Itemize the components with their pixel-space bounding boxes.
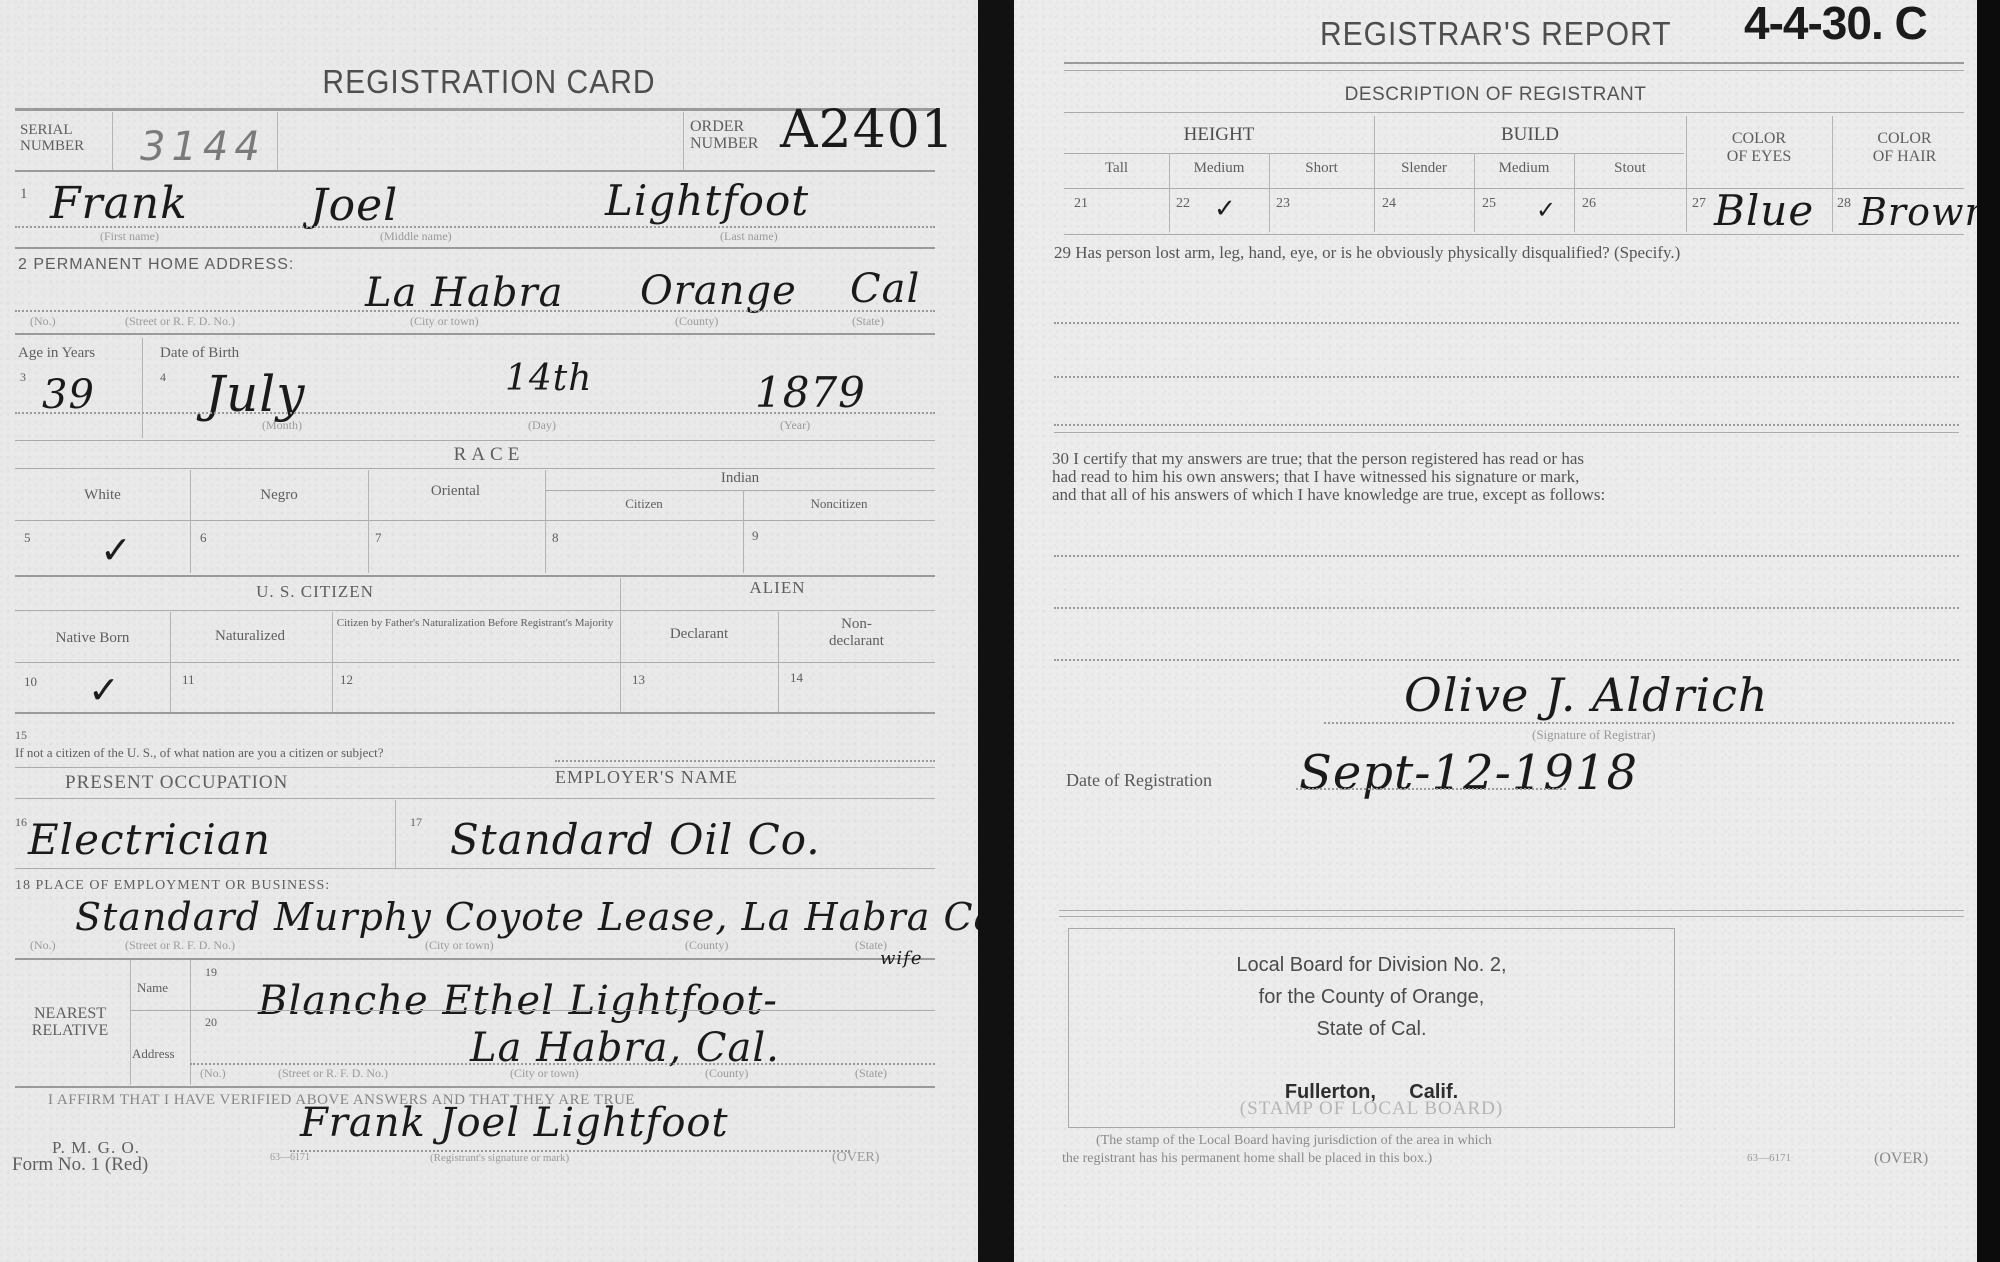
- first-name-value: Frank: [50, 178, 188, 229]
- serial-label-line-2: NUMBER: [20, 138, 84, 154]
- divider: [15, 798, 935, 799]
- item-number-4: 4: [160, 370, 166, 385]
- right-print-code: 63—6171: [1747, 1152, 1791, 1164]
- divider: [15, 1086, 935, 1088]
- relative-relation-value: wife: [880, 948, 922, 969]
- order-number-value: A2401: [780, 100, 955, 160]
- stamp-note-line-2: the registrant has his permanent home sh…: [1062, 1151, 1432, 1167]
- build-heading: BUILD: [1374, 124, 1686, 146]
- registrar-signature-label: (Signature of Registrar): [1532, 727, 1655, 743]
- divider: [170, 612, 171, 712]
- relative-address-label: Address: [132, 1046, 175, 1062]
- citizen-col-native-born: Native Born: [15, 630, 170, 647]
- date-of-registration-label: Date of Registration: [1066, 770, 1212, 791]
- item-number-16: 16: [15, 815, 27, 830]
- item-number-28: 28: [1837, 196, 1851, 212]
- item-number-1: 1: [20, 186, 28, 203]
- height-col-short: Short: [1269, 160, 1374, 177]
- relative-county-label: (County): [705, 1066, 748, 1081]
- place-of-employment-label: 18 PLACE OF EMPLOYMENT OR BUSINESS:: [15, 878, 330, 894]
- item-number-10: 10: [24, 674, 37, 690]
- item-number-5: 5: [24, 530, 31, 546]
- registrars-report-card: REGISTRAR'S REPORT 4-4-30. C DESCRIPTION…: [1014, 0, 1977, 1262]
- stamp-line-1: Local Board for Division No. 2,: [1069, 954, 1674, 977]
- divider: [190, 1063, 935, 1065]
- divider: [545, 470, 546, 573]
- divider: [620, 578, 621, 712]
- item-number-11: 11: [182, 672, 195, 688]
- divider: [112, 112, 113, 170]
- divider: [142, 338, 143, 438]
- divider: [332, 612, 333, 712]
- divider: [1054, 432, 1959, 433]
- divider: [15, 868, 935, 869]
- divider: [1064, 234, 1964, 235]
- divider: [15, 662, 935, 663]
- citizen-col-naturalized: Naturalized: [170, 628, 330, 645]
- middle-name-value: Joel: [310, 180, 398, 231]
- signature-line: [1324, 722, 1954, 724]
- answer-line: [1054, 376, 1959, 378]
- eyes-label-line-1: COLOR: [1686, 130, 1832, 148]
- item-number-17: 17: [410, 815, 422, 830]
- stamp-line-2: for the County of Orange,: [1069, 986, 1674, 1009]
- divider: [15, 440, 935, 441]
- q30-line-2: had read to him his own answers; that I …: [1052, 468, 1605, 486]
- alien-heading: ALIEN: [620, 578, 935, 598]
- divider: [290, 1150, 850, 1152]
- height-col-tall: Tall: [1064, 160, 1169, 177]
- alien-col-non-declarant: Non-declarant: [778, 616, 935, 650]
- employment-city-label: (City or town): [425, 938, 494, 953]
- divider: [1474, 153, 1475, 232]
- stamp-box-label: (STAMP OF LOCAL BOARD): [1069, 1098, 1674, 1120]
- nearest-relative-label: NEAREST RELATIVE: [15, 1005, 125, 1039]
- item-number-21: 21: [1074, 196, 1088, 212]
- stamp-note-line-1: (The stamp of the Local Board having jur…: [1096, 1133, 1492, 1149]
- dob-year-value: 1879: [755, 368, 866, 417]
- answer-line: [1054, 659, 1959, 661]
- employer-value: Standard Oil Co.: [450, 815, 821, 864]
- build-medium-checkmark: ✓: [1536, 196, 1556, 224]
- item-number-13: 13: [632, 672, 645, 688]
- home-state-value: Cal: [850, 266, 920, 312]
- order-label-line-2: NUMBER: [690, 135, 758, 152]
- address-state-label: (State): [852, 314, 884, 329]
- divider: [15, 468, 935, 469]
- eyes-label-line-2: OF EYES: [1686, 148, 1832, 166]
- race-col-white: White: [15, 487, 190, 504]
- right-over-label: (OVER): [1874, 1150, 1928, 1168]
- item-number-7: 7: [375, 530, 382, 546]
- divider: [1269, 153, 1270, 232]
- race-white-checkmark: ✓: [100, 528, 132, 572]
- last-name-value: Lightfoot: [605, 176, 809, 225]
- description-heading: DESCRIPTION OF REGISTRANT: [1014, 84, 1977, 106]
- eye-color-value: Blue: [1714, 186, 1814, 235]
- serial-label-line-1: SERIAL: [20, 122, 84, 138]
- occupation-value: Electrician: [28, 815, 271, 864]
- divider: [683, 112, 684, 170]
- divider: [743, 490, 744, 573]
- nearest-relative-label-line-1: NEAREST: [15, 1005, 125, 1022]
- divider: [1064, 70, 1964, 71]
- date-of-registration-value: Sept-12-1918: [1299, 745, 1638, 801]
- employment-street-label: (Street or R. F. D. No.): [125, 938, 235, 953]
- registration-card: REGISTRATION CARD SERIAL NUMBER 3144 ORD…: [0, 0, 978, 1262]
- divider: [130, 1010, 935, 1011]
- divider: [15, 767, 935, 768]
- address-street-label: (Street or R. F. D. No.): [125, 314, 235, 329]
- dob-year-label: (Year): [780, 418, 810, 433]
- item-number-15: 15: [15, 728, 27, 743]
- address-city-label: (City or town): [410, 314, 479, 329]
- item-number-25: 25: [1482, 196, 1496, 212]
- us-citizen-heading: U. S. CITIZEN: [15, 582, 615, 602]
- hair-label-line-1: COLOR: [1832, 130, 1977, 148]
- place-of-employment-value: Standard Murphy Coyote Lease, La Habra C…: [75, 895, 978, 939]
- item-number-26: 26: [1582, 196, 1596, 212]
- report-title: REGISTRAR'S REPORT: [1320, 16, 1672, 53]
- q29-text: 29 Has person lost arm, leg, hand, eye, …: [1054, 244, 1974, 262]
- address-county-label: (County): [675, 314, 718, 329]
- q15-text: If not a citizen of the U. S., of what n…: [15, 745, 384, 761]
- serial-number-value: 3144: [140, 124, 266, 170]
- divider: [15, 610, 935, 611]
- q30-line-1: 30 I certify that my answers are true; t…: [1052, 450, 1605, 468]
- native-born-checkmark: ✓: [88, 668, 120, 712]
- middle-name-label: (Middle name): [380, 229, 452, 244]
- divider: [130, 960, 131, 1085]
- divider: [1059, 916, 1964, 917]
- race-col-indian-noncitizen: Noncitizen: [743, 496, 935, 512]
- item-number-12: 12: [340, 672, 353, 688]
- registrant-signature: Frank Joel Lightfoot: [300, 1100, 729, 1146]
- item-number-3: 3: [20, 370, 26, 385]
- q30-text: 30 I certify that my answers are true; t…: [1052, 450, 1605, 504]
- item-number-27: 27: [1692, 196, 1706, 212]
- divider: [368, 470, 369, 573]
- over-label: (OVER): [832, 1150, 879, 1166]
- relative-street-label: (Street or R. F. D. No.): [278, 1066, 388, 1081]
- race-col-oriental: Oriental: [368, 483, 543, 500]
- dob-month-value: July: [205, 365, 305, 423]
- home-address-label: 2 PERMANENT HOME ADDRESS:: [18, 256, 294, 274]
- card-title: REGISTRATION CARD: [0, 64, 978, 101]
- divider: [395, 800, 396, 868]
- signature-label: (Registrant's signature or mark): [430, 1152, 569, 1164]
- divider: [15, 412, 935, 414]
- alien-col-declarant: Declarant: [620, 626, 778, 643]
- divider: [190, 960, 191, 1085]
- dob-day-label: (Day): [528, 418, 556, 433]
- form-code-number: Form No. 1 (Red): [12, 1154, 148, 1176]
- item-number-19: 19: [205, 965, 217, 980]
- divider: [1574, 153, 1575, 232]
- employment-no-label: (No.): [30, 938, 56, 953]
- build-col-slender: Slender: [1374, 160, 1474, 177]
- item-number-14: 14: [790, 670, 803, 686]
- last-name-label: (Last name): [720, 229, 778, 244]
- answer-line: [1054, 322, 1959, 324]
- answer-line: [1054, 607, 1959, 609]
- item-number-8: 8: [552, 530, 559, 546]
- dob-label: Date of Birth: [160, 345, 239, 362]
- occupation-label: PRESENT OCCUPATION: [65, 772, 288, 794]
- divider: [1059, 910, 1964, 911]
- registrar-signature: Olive J. Aldrich: [1404, 668, 1769, 722]
- order-label-line-1: ORDER: [690, 118, 758, 135]
- divider: [190, 470, 191, 573]
- item-number-22: 22: [1176, 196, 1190, 212]
- first-name-label: (First name): [100, 229, 159, 244]
- relative-no-label: (No.): [200, 1066, 226, 1081]
- divider: [778, 612, 779, 712]
- divider: [15, 712, 935, 714]
- relative-name-label: Name: [137, 980, 168, 996]
- height-medium-checkmark: ✓: [1214, 194, 1236, 224]
- employer-label: EMPLOYER'S NAME: [555, 767, 738, 788]
- height-heading: HEIGHT: [1064, 124, 1374, 146]
- race-col-negro: Negro: [190, 487, 368, 504]
- relative-state-label: (State): [855, 1066, 887, 1081]
- eyes-heading: COLOR OF EYES: [1686, 130, 1832, 166]
- item-number-9: 9: [752, 528, 759, 544]
- divider: [555, 760, 935, 762]
- divider: [15, 226, 935, 228]
- item-number-24: 24: [1382, 196, 1396, 212]
- stamp-code: 4-4-30. C: [1744, 0, 1927, 50]
- divider: [1169, 153, 1170, 232]
- date-line: [1296, 788, 1566, 790]
- dob-day-value: 14th: [505, 358, 592, 399]
- address-no-label: (No.): [30, 314, 56, 329]
- stamp-line-3: State of Cal.: [1069, 1018, 1674, 1041]
- hair-color-value: Brown: [1859, 190, 1977, 234]
- race-indian-heading: Indian: [545, 470, 935, 487]
- citizen-col-fathers-naturalization: Citizen by Father's Naturalization Befor…: [335, 616, 615, 630]
- item-number-23: 23: [1276, 196, 1290, 212]
- divider: [1064, 62, 1964, 64]
- divider: [1064, 112, 1964, 113]
- employment-county-label: (County): [685, 938, 728, 953]
- divider: [15, 958, 935, 960]
- race-col-indian-citizen: Citizen: [545, 496, 743, 512]
- order-number-label: ORDER NUMBER: [690, 118, 758, 152]
- divider: [15, 310, 935, 312]
- home-county-value: Orange: [640, 268, 797, 314]
- divider: [15, 247, 935, 249]
- local-board-stamp-box: Local Board for Division No. 2, for the …: [1068, 928, 1675, 1128]
- print-code: 63—6171: [270, 1152, 310, 1163]
- dob-month-label: (Month): [262, 418, 302, 433]
- answer-line: [1054, 555, 1959, 557]
- hair-label-line-2: OF HAIR: [1832, 148, 1977, 166]
- nearest-relative-label-line-2: RELATIVE: [15, 1022, 125, 1039]
- item-number-20: 20: [205, 1015, 217, 1030]
- build-col-medium: Medium: [1474, 160, 1574, 177]
- divider: [15, 520, 935, 521]
- divider: [1064, 188, 1964, 189]
- relative-city-label: (City or town): [510, 1066, 579, 1081]
- divider: [277, 112, 278, 170]
- divider: [15, 575, 935, 577]
- divider: [15, 333, 935, 335]
- answer-line: [1054, 424, 1959, 426]
- q30-line-3: and that all of his answers of which I h…: [1052, 486, 1605, 504]
- age-label: Age in Years: [18, 345, 95, 362]
- race-heading: RACE: [0, 444, 978, 466]
- film-edge: [1977, 0, 2000, 1262]
- divider: [545, 490, 935, 491]
- relative-name-value: Blanche Ethel Lightfoot-: [258, 978, 778, 1024]
- item-number-6: 6: [200, 530, 207, 546]
- build-col-stout: Stout: [1574, 160, 1686, 177]
- divider: [15, 170, 935, 172]
- height-col-medium: Medium: [1169, 160, 1269, 177]
- serial-number-label: SERIAL NUMBER: [20, 122, 84, 154]
- hair-heading: COLOR OF HAIR: [1832, 130, 1977, 166]
